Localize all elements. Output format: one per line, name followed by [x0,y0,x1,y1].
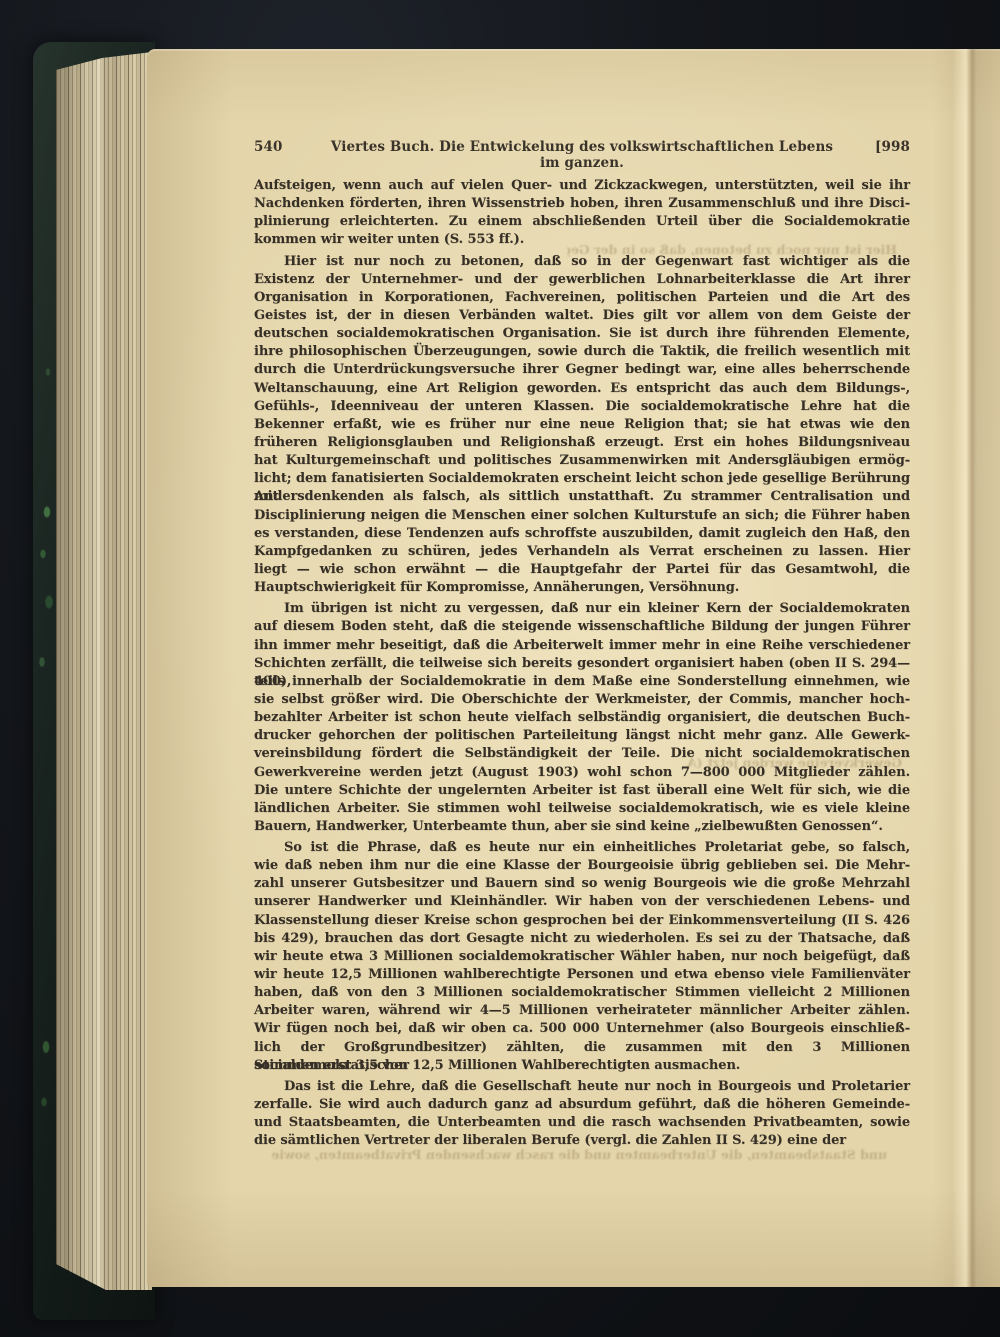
text-line: Die untere Schichte der ungelernten Arbe… [254,782,910,800]
text-line: bezahlter Arbeiter ist schon heute vielf… [254,709,910,727]
text-line: Hauptschwierigkeit für Kompromisse, Annä… [254,579,910,597]
book-page: 540 Viertes Buch. Die Entwickelung des v… [147,49,1000,1287]
paragraph: Aufsteigen, wenn auch auf vielen Quer- u… [254,177,910,250]
text-line: wir heute 12,5 Millionen wahlberechtigte… [254,966,910,984]
text-line: auf diesem Boden steht, daß die steigend… [254,618,910,636]
text-line: liegt — wie schon erwähnt — die Hauptgef… [254,561,910,579]
text-line: Nachdenken förderten, ihren Wissenstrieb… [254,195,910,213]
text-line: Organisation in Korporationen, Fachverei… [254,289,910,307]
bleed-through-text: und Staatsbeamten, die Unterbeamten und … [257,1147,887,1164]
text-line: Aufsteigen, wenn auch auf vielen Quer- u… [254,177,910,195]
text-line: Existenz der Unternehmer- und der gewerb… [254,271,910,289]
text-line: licht; dem fanatisierten Socialdemokrate… [254,470,910,488]
text-line: Gefühls-, Ideenniveau der unteren Klasse… [254,398,910,416]
paragraph: Das ist die Lehre, daß die Gesellschaft … [254,1078,910,1151]
text-line: ihn immer mehr beseitigt, daß die Arbeit… [254,637,910,655]
running-title: Viertes Buch. Die Entwickelung des volks… [324,139,840,171]
page-edge-stack [56,52,152,1290]
text-line: Bekenner erfaßt, wie es früher nur eine … [254,416,910,434]
text-line: Geistes ist, der in diesen Verbänden wal… [254,307,910,325]
text-line: Weltanschauung, eine Art Religion geword… [254,380,910,398]
text-line: zahl unserer Gutsbesitzer und Bauern sin… [254,875,910,893]
text-line: Disciplinierung neigen die Menschen eine… [254,507,910,525]
text-line: durch die Unterdrückungsversuche ihrer G… [254,361,910,379]
text-line: Stimmen erst 3,5 von 12,5 Millionen Wahl… [254,1057,910,1075]
text-line: lich der Großgrundbesitzer) zählten, die… [254,1039,910,1057]
text-line: ländlichen Arbeiter. Sie stimmen wohl te… [254,800,910,818]
text-line: bis 429), brauchen das dort Gesagte nich… [254,930,910,948]
body-text: Aufsteigen, wenn auch auf vielen Quer- u… [254,177,910,1150]
text-line: Bauern, Handwerker, Unterbeamte thun, ab… [254,818,910,836]
paragraph: Im übrigen ist nicht zu vergessen, daß n… [254,600,910,836]
bleed-through-text: Hier ist nur noch zu betonen, daß so in … [567,242,897,259]
text-line: es verstanden, diese Tendenzen aufs schr… [254,525,910,543]
bleed-through-text: Gewerkvereine werden jetzt (August 1903)… [687,755,902,772]
text-line: sie selbst größer wird. Die Oberschichte… [254,691,910,709]
text-line: deutschen socialdemokratischen Organisat… [254,325,910,343]
margin-number: [998 [840,139,910,155]
paragraph: Hier ist nur noch zu betonen, daß so in … [254,253,910,598]
text-line: zerfalle. Sie wird auch dadurch ganz ad … [254,1096,910,1114]
text-line: Das ist die Lehre, daß die Gesellschaft … [254,1078,910,1096]
text-line: wie daß neben ihm nur die eine Klasse de… [254,857,910,875]
text-line: Schichten zerfällt, die teilweise sich b… [254,655,910,673]
text-line: teils innerhalb der Socialdemokratie in … [254,673,910,691]
running-header: 540 Viertes Buch. Die Entwickelung des v… [254,139,910,171]
text-line: wir heute etwa 3 Millionen socialdemokra… [254,948,910,966]
paragraph: So ist die Phrase, daß es heute nur ein … [254,839,910,1075]
text-line: Andersdenkenden als falsch, als sittlich… [254,488,910,506]
text-line: plinierung erleichterten. Zu einem absch… [254,213,910,231]
text-line: Kampfgedanken zu schüren, jedes Verhande… [254,543,910,561]
text-line: So ist die Phrase, daß es heute nur ein … [254,839,910,857]
text-line: Im übrigen ist nicht zu vergessen, daß n… [254,600,910,618]
text-line: unserer Handwerker und Kleinhändler. Wir… [254,893,910,911]
text-line: Wir fügen noch bei, daß wir oben ca. 500… [254,1020,910,1038]
text-line: hat Kulturgemeinschaft und politisches Z… [254,452,910,470]
page-number: 540 [254,139,324,155]
text-line: und Staatsbeamten, die Unterbeamten und … [254,1114,910,1132]
book-photo: 540 Viertes Buch. Die Entwickelung des v… [0,0,1000,1337]
text-line: drucker gehorchen der politischen Partei… [254,727,910,745]
text-line: früheren Religionsglauben und Religionsh… [254,434,910,452]
binding-gutter [932,49,1000,1287]
text-line: Arbeiter waren, während wir 4—5 Millione… [254,1002,910,1020]
text-line: Klassenstellung dieser Kreise schon gesp… [254,912,910,930]
text-line: ihre philosophischen Überzeugungen, sowi… [254,343,910,361]
text-line: haben, daß von den 3 Millionen socialdem… [254,984,910,1002]
